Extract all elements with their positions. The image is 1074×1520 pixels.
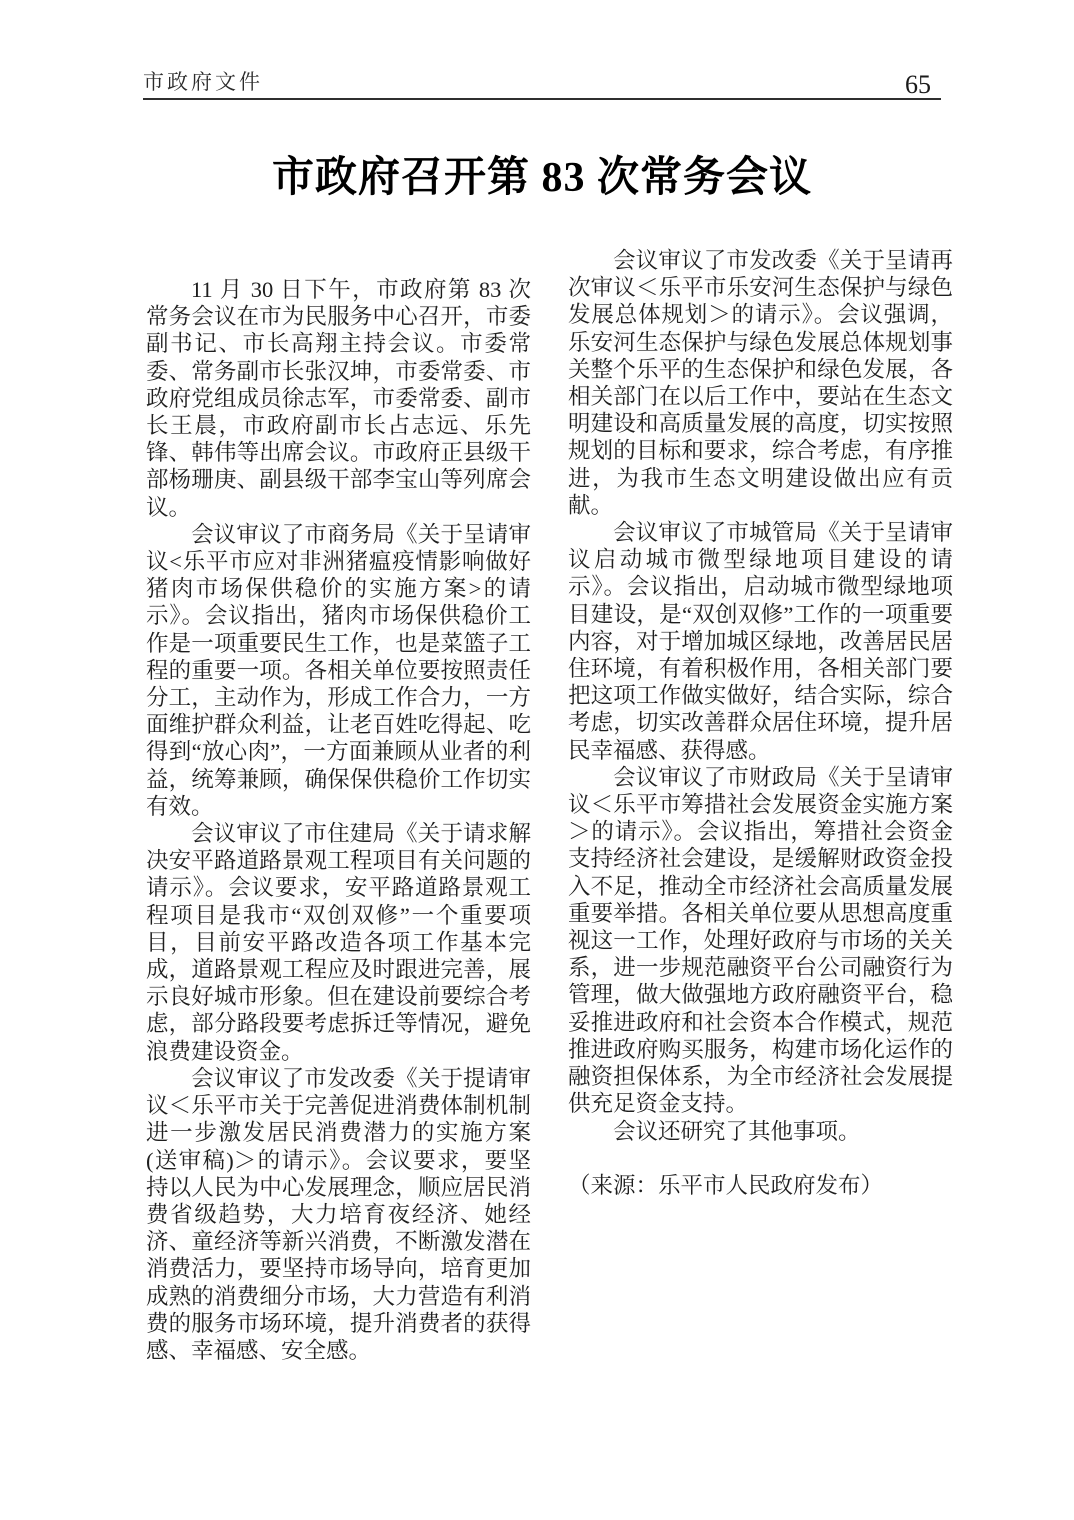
paragraph-other-matters: 会议还研究了其他事项。 [568, 1118, 953, 1145]
paragraph-anping-road-project: 会议审议了市住建局《关于请求解决安平路道路景观工程项目有关问题的请示》。会议要求… [146, 820, 531, 1065]
article-title: 市政府召开第 83 次常务会议 [143, 152, 941, 205]
paragraph-consumption-plan: 会议审议了市发改委《关于提请审议＜乐平市关于完善促进消费体制机制进一步激发居民消… [146, 1065, 531, 1364]
source-attribution: （来源：乐平市人民政府发布） [568, 1172, 953, 1199]
right-column: 会议审议了市发改委《关于呈请再次审议＜乐平市乐安河生态保护与绿色发展总体规划＞的… [568, 247, 953, 1199]
paragraph-micro-greenspace: 会议审议了市城管局《关于呈请审议启动城市微型绿地项目建设的请示》。会议指出，启动… [568, 519, 953, 764]
page-number: 65 [905, 72, 941, 98]
document-page: 市政府文件 65 市政府召开第 83 次常务会议 11 月 30 日下午，市政府… [0, 0, 1074, 1520]
left-column: 11 月 30 日下午，市政府第 83 次常务会议在市为民服务中心召开，市委副书… [146, 276, 531, 1364]
running-header: 市政府文件 65 [143, 64, 941, 100]
paragraph-social-funds: 会议审议了市财政局《关于呈请审议＜乐平市筹措社会发展资金实施方案＞的请示》。会议… [568, 764, 953, 1118]
paragraph-leanhe-eco-plan: 会议审议了市发改委《关于呈请再次审议＜乐平市乐安河生态保护与绿色发展总体规划＞的… [568, 247, 953, 519]
paragraph-pork-market-plan: 会议审议了市商务局《关于呈请审议<乐平市应对非洲猪瘟疫情影响做好猪肉市场保供稳价… [146, 521, 531, 820]
header-category-label: 市政府文件 [143, 66, 263, 98]
paragraph-attendance: 11 月 30 日下午，市政府第 83 次常务会议在市为民服务中心召开，市委副书… [146, 276, 531, 521]
